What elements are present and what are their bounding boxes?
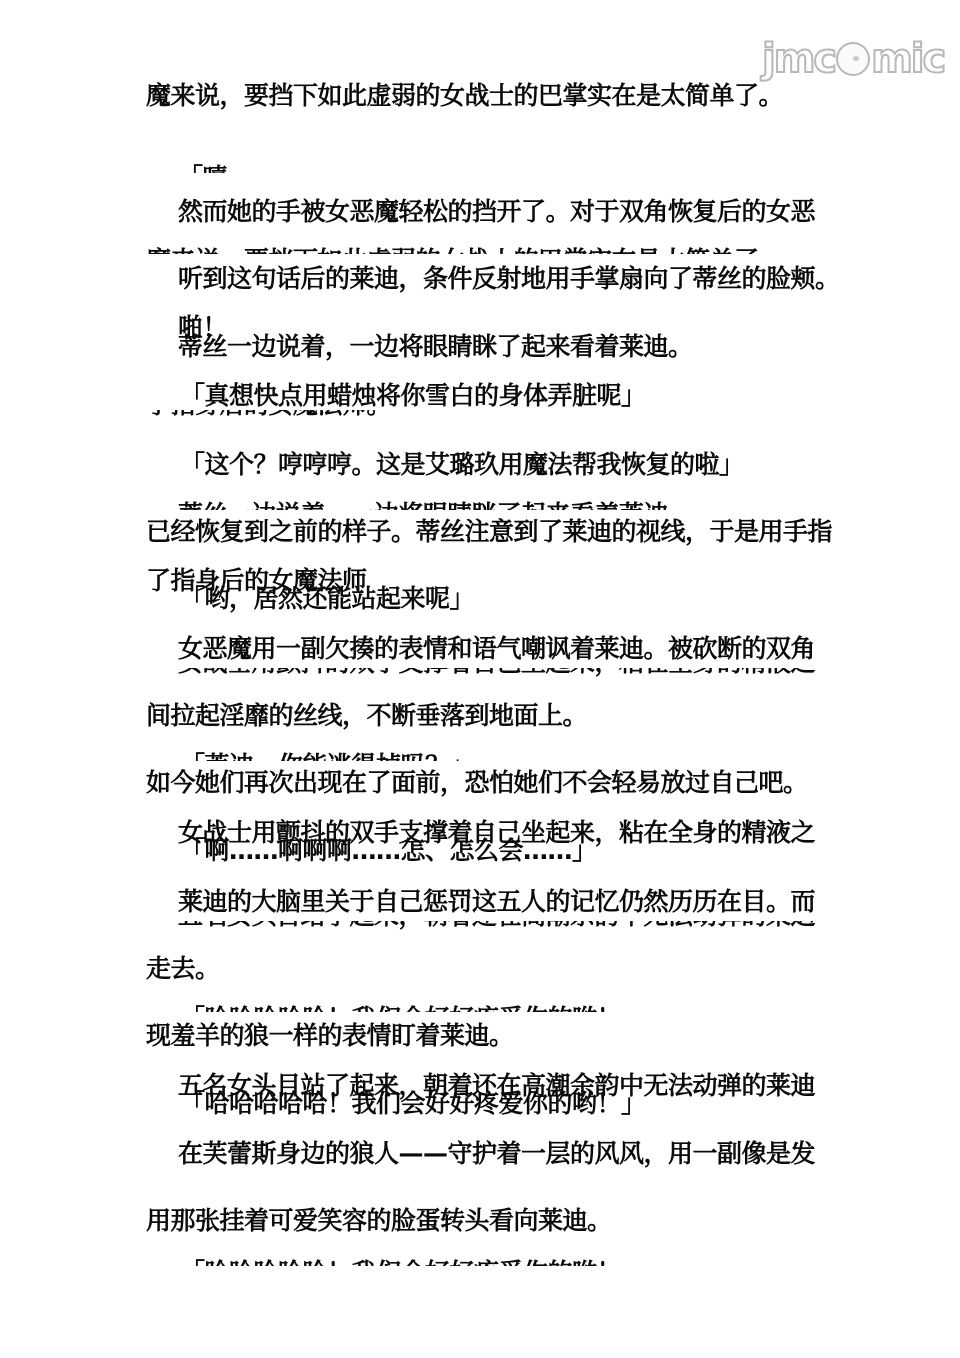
text-line: 「这个？哼哼哼。这是艾璐玖用魔法帮我恢复的啦」 — [180, 450, 744, 480]
clipped-text: 「嘻… — [178, 163, 858, 173]
text-line: 在芙蕾斯身边的狼人——守护着一层的风风，用一副像是发 — [178, 1139, 815, 1169]
text-line: 走去。 — [146, 954, 220, 984]
text-line: 如今她们再次出现在了面前，恐怕她们不会轻易放过自己吧。 — [146, 768, 808, 798]
clipped-text: 魔来说，要挡下如此虚弱的女战士的巴掌实在是太简单了。 — [146, 246, 826, 254]
clipped-text-line: 「嘻… — [178, 163, 858, 173]
text-line: 然而她的手被女恶魔轻松的挡开了。对于双角恢复后的女恶 — [178, 197, 815, 227]
text-line: 「啊……啊啊啊……怎、怎么会……」 — [180, 836, 597, 866]
watermark-text-left: jmc — [762, 36, 835, 82]
clipped-text-line: 了指身后的女魔法师。 — [146, 410, 826, 424]
clipped-text-line: 女战士用颤抖的双手支撑着自己坐起来，粘在全身的精液之 — [178, 668, 858, 678]
text-line: 已经恢复到之前的样子。蒂丝注意到了莱迪的视线，于是用手指 — [146, 517, 832, 547]
clipped-text-line: 「莱迪，你能逃得掉吗？」 — [180, 751, 860, 761]
text-line: 间拉起淫靡的丝线，不断垂落到地面上。 — [146, 701, 587, 731]
scanned-novel-page: jmc mic 魔来说，要挡下如此虚弱的女战士的巴掌实在是太简单了。然而她的手被… — [0, 0, 960, 1358]
clipped-text: 「莱迪，你能逃得掉吗？」 — [180, 751, 860, 761]
clipped-text: 女战士用颤抖的双手支撑着自己坐起来，粘在全身的精液之 — [178, 668, 858, 678]
text-line: 用那张挂着可爱笑容的脸蛋转头看向莱迪。 — [146, 1206, 612, 1236]
mascot-face-icon — [836, 42, 870, 76]
clipped-text: 「哈哈哈哈哈！我们会好好疼爱你的哟！」 — [180, 1258, 860, 1266]
text-line: 莱迪的大脑里关于自己惩罚这五人的记忆仍然历历在目。而 — [178, 887, 815, 917]
clipped-text: 了指身后的女魔法师。 — [146, 410, 826, 420]
clipped-text-line: 蒂丝一边说着，一边将眼睛眯了起来看着莱迪。 — [178, 500, 858, 510]
clipped-text-line: 五名女头目站了起来，朝着还在高潮余韵中无法动弹的莱迪 — [178, 921, 858, 931]
text-line: 魔来说，要挡下如此虚弱的女战士的巴掌实在是太简单了。 — [146, 81, 783, 111]
clipped-text-line: 「哈哈哈哈哈！我们会好好疼爱你的哟！」 — [180, 1004, 860, 1012]
text-line: 女恶魔用一副欠揍的表情和语气嘲讽着莱迪。被砍断的双角 — [178, 634, 815, 664]
clipped-text: 「哈哈哈哈哈！我们会好好疼爱你的哟！」 — [180, 1004, 860, 1012]
text-line: 听到这句话后的莱迪，条件反射地用手掌扇向了蒂丝的脸颊。 — [178, 264, 840, 294]
clipped-text: 蒂丝一边说着，一边将眼睛眯了起来看着莱迪。 — [178, 500, 858, 510]
text-line: 「真想快点用蜡烛将你雪白的身体弄脏呢」 — [180, 381, 646, 411]
text-line: 现羞羊的狼一样的表情盯着莱迪。 — [146, 1021, 514, 1051]
clipped-text-line: 魔来说，要挡下如此虚弱的女战士的巴掌实在是太简单了。 — [146, 246, 826, 254]
text-line: 「哈哈哈哈哈！我们会好好疼爱你的哟！」 — [180, 1089, 646, 1119]
clipped-text: 五名女头目站了起来，朝着还在高潮余韵中无法动弹的莱迪 — [178, 921, 858, 931]
clipped-text-line: 「哈哈哈哈哈！我们会好好疼爱你的哟！」 — [180, 1258, 860, 1266]
watermark-text-right: mic — [871, 36, 944, 82]
jmcomic-watermark: jmc mic — [762, 36, 958, 82]
text-line: 蒂丝一边说着，一边将眼睛眯了起来看着莱迪。 — [178, 332, 693, 362]
text-line: 「哟，居然还能站起来呢」 — [180, 584, 474, 614]
